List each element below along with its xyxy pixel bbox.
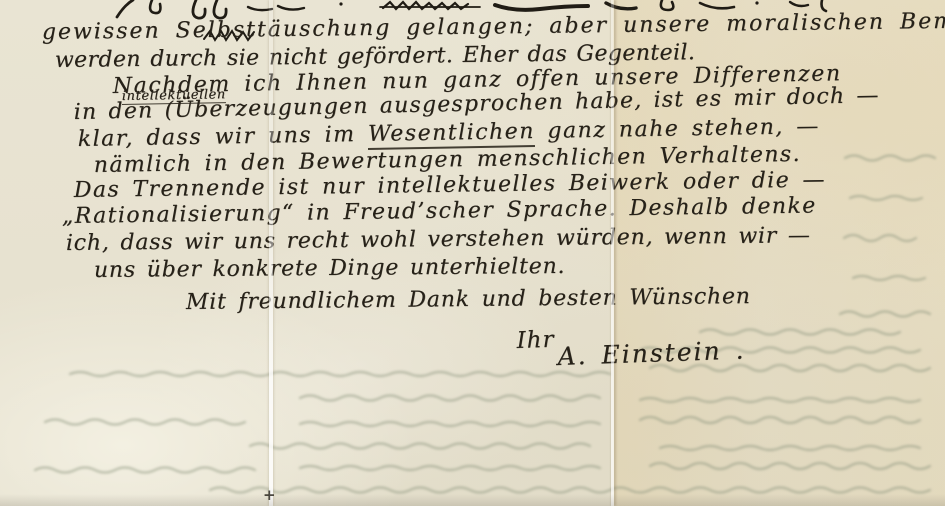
line-5-post: ganz nahe stehen, —	[535, 114, 820, 144]
valediction: Ihr	[516, 329, 555, 353]
bottom-edge-shadow	[0, 494, 945, 506]
line-5-pre: klar, dass wir uns im	[78, 122, 369, 152]
letter-sheet: gewissen Selbsttäuschung gelangen; aber …	[0, 0, 945, 506]
fold-crease-right	[611, 0, 614, 506]
fold-crease-left	[269, 0, 273, 506]
underlined-word-wesentlichen: Wesentlichen	[368, 119, 535, 150]
letter-line-10: uns über konkrete Dinge unterhielten.	[94, 256, 566, 282]
signature-a-einstein: A. Einstein .	[557, 337, 746, 369]
